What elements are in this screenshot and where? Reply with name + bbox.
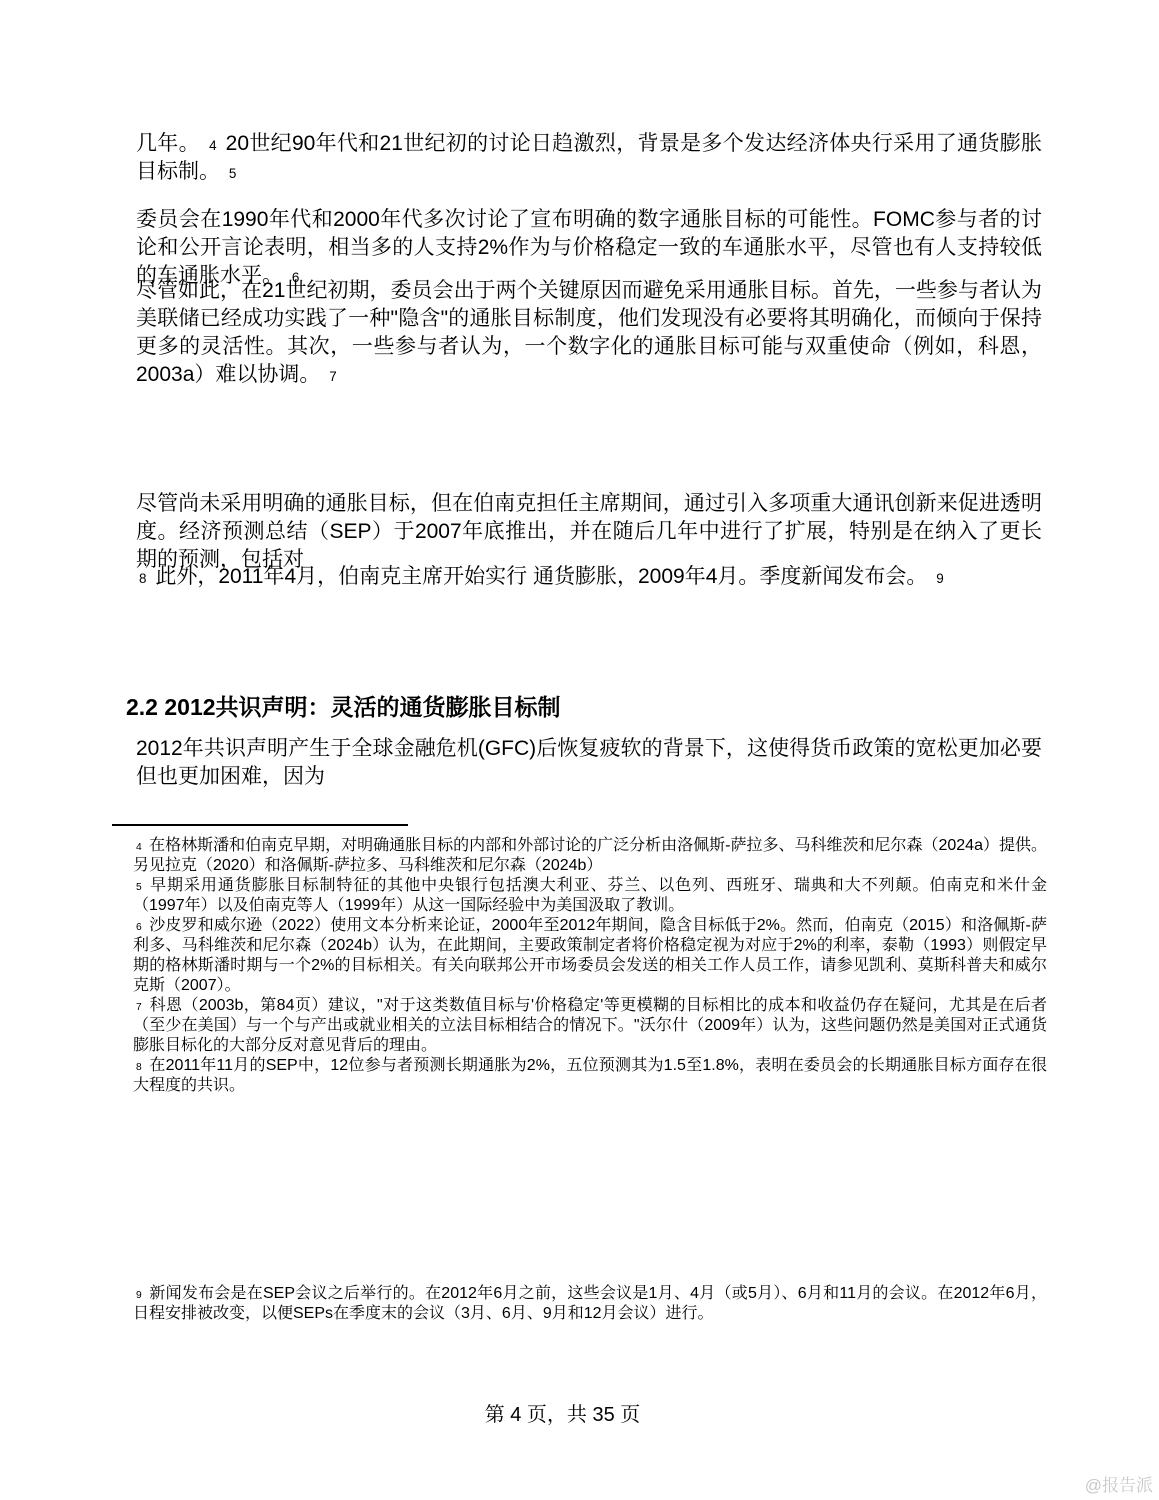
footnote-5: 5 早期采用通货膨胀目标制特征的其他中央银行包括澳大利亚、芬兰、以色列、西班牙、… — [133, 876, 1047, 916]
footnote-9: 9 新闻发布会是在SEP会议之后举行的。在2012年6月之前，这些会议是1月、4… — [133, 1284, 1047, 1324]
body-paragraph-4: 尽管尚未采用明确的通胀目标，但在伯南克担任主席期间，通过引入多项重大通讯创新来促… — [136, 490, 1042, 574]
footnote-6: 6 沙皮罗和威尔逊（2022）使用文本分析来论证，2000年至2012年期间，隐… — [133, 916, 1047, 996]
footnote-8: 8 在2011年11月的SEP中，12位参与者预测长期通胀为2%，五位预测其为1… — [133, 1056, 1047, 1096]
body-note-line-8-9: 8 此外，2011年4月，伯南克主席开始实行 通货膨胀，2009年4月。季度新闻… — [136, 563, 1042, 591]
body-paragraph-5: 2012年共识声明产生于全球金融危机(GFC)后恢复疲软的背景下，这使得货币政策… — [136, 735, 1042, 791]
page-number: 第 4 页，共 35 页 — [0, 1402, 1125, 1428]
footnote-4: 4 在格林斯潘和伯南克早期，对明确通胀目标的内部和外部讨论的广泛分析由洛佩斯-萨… — [133, 836, 1047, 876]
body-paragraph-3: 尽管如此，在21世纪初期，委员会出于两个关键原因而避免采用通胀目标。首先，一些参… — [136, 277, 1042, 389]
footnote-7: 7 科恩（2003b，第84页）建议，"对于这类数值目标与'价格稳定'等更模糊的… — [133, 996, 1047, 1056]
body-paragraph-1: 几年。 4 20世纪90年代和21世纪初的讨论日趋激烈，背景是多个发达经济体央行… — [136, 130, 1042, 186]
footnotes-block: 4 在格林斯潘和伯南克早期，对明确通胀目标的内部和外部讨论的广泛分析由洛佩斯-萨… — [133, 836, 1047, 1096]
watermark: @报告派 — [1085, 1476, 1153, 1496]
document-page: 几年。 4 20世纪90年代和21世纪初的讨论日趋激烈，背景是多个发达经济体央行… — [0, 0, 1159, 1500]
footnote-separator-line — [112, 824, 408, 826]
section-heading-2-2: 2.2 2012共识声明：灵活的通货膨胀目标制 — [126, 693, 1032, 721]
